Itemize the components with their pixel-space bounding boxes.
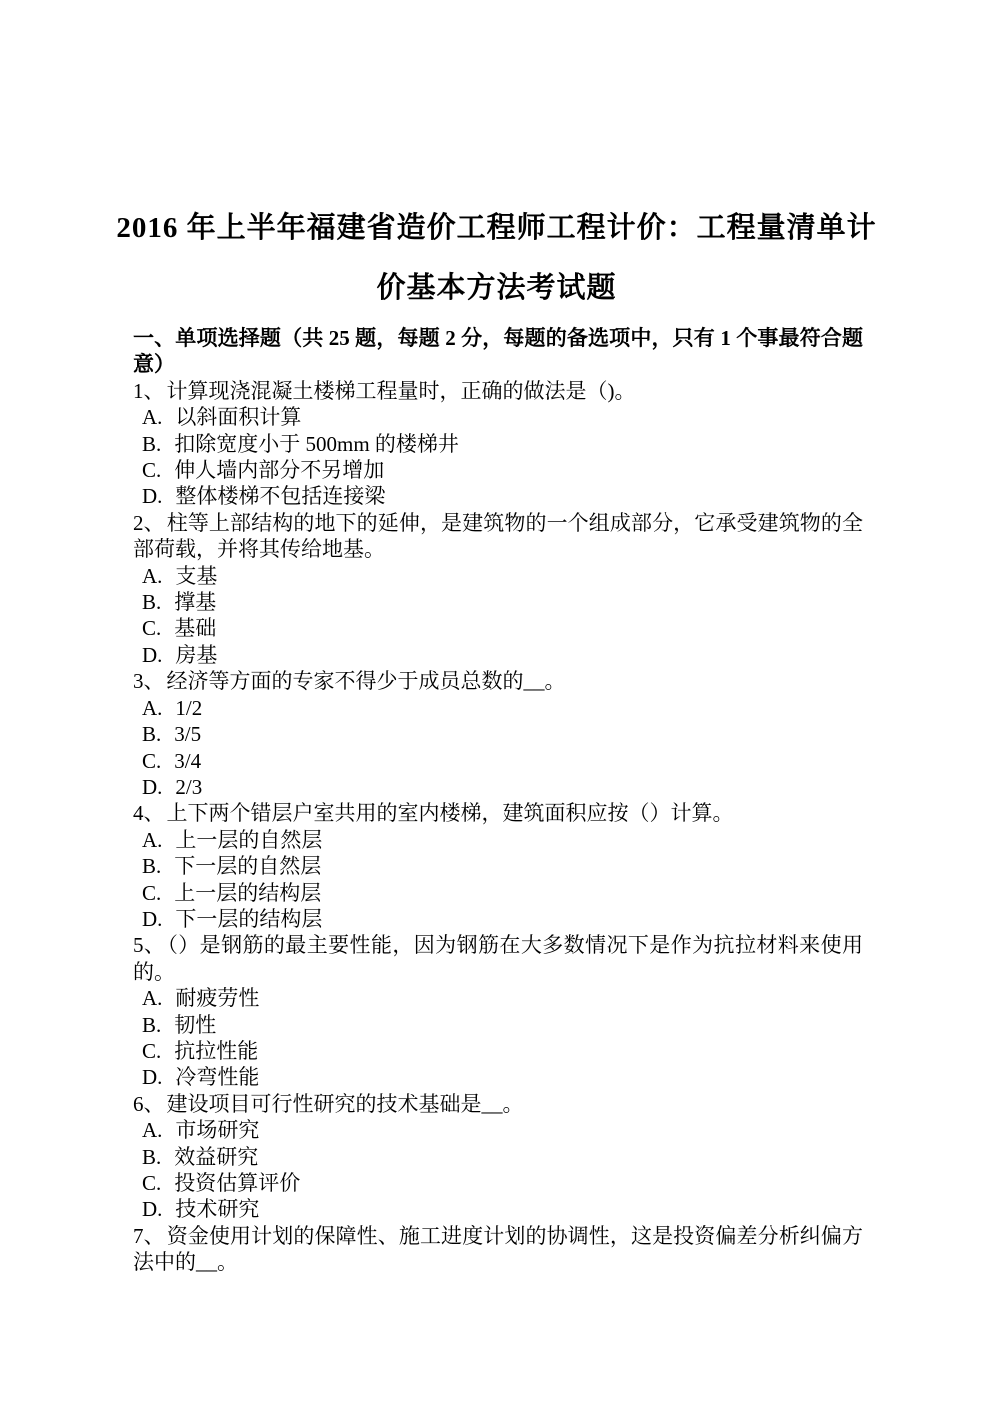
option-label: C. [142, 749, 161, 773]
question-option: A.上一层的自然层 [133, 827, 863, 853]
question-option: D.整体楼梯不包括连接梁 [133, 483, 863, 509]
option-text: 基础 [174, 616, 216, 640]
question-option: C.上一层的结构层 [133, 880, 863, 906]
option-text: 抗拉性能 [174, 1039, 258, 1063]
question-prompt: 资金使用计划的保障性、施工进度计划的协调性，这是投资偏差分析纠偏方法中的__。 [133, 1224, 863, 1274]
option-label: D. [142, 1197, 162, 1221]
option-text: 耐疲劳性 [175, 986, 259, 1010]
question-prompt: 计算现浇混凝土楼梯工程量时，正确的做法是（)。 [167, 379, 636, 403]
question-option: A.1/2 [133, 695, 863, 721]
option-label: C. [142, 1171, 161, 1195]
question-number: 7、 [133, 1224, 165, 1248]
option-text: 以斜面积计算 [175, 405, 301, 429]
option-label: B. [142, 854, 161, 878]
option-text: 整体楼梯不包括连接梁 [175, 484, 385, 508]
document-title: 2016 年上半年福建省造价工程师工程计价：工程量清单计 价基本方法考试题 [0, 198, 993, 318]
question-text: 2、柱等上部结构的地下的延伸，是建筑物的一个组成部分，它承受建筑物的全部荷载，并… [133, 510, 863, 563]
option-text: 技术研究 [175, 1197, 259, 1221]
question-number: 1、 [133, 379, 165, 403]
option-text: 上一层的自然层 [175, 828, 322, 852]
option-label: C. [142, 458, 161, 482]
option-text: 1/2 [175, 696, 202, 720]
option-text: 冷弯性能 [175, 1065, 259, 1089]
option-text: 房基 [175, 643, 217, 667]
option-label: B. [142, 590, 161, 614]
document-title-line2: 价基本方法考试题 [115, 258, 878, 318]
question-option: C.3/4 [133, 748, 863, 774]
question-text: 7、资金使用计划的保障性、施工进度计划的协调性，这是投资偏差分析纠偏方法中的__… [133, 1223, 863, 1276]
option-text: 下一层的自然层 [174, 854, 321, 878]
option-text: 下一层的结构层 [175, 907, 322, 931]
option-text: 扣除宽度小于 500mm 的楼梯井 [174, 432, 459, 456]
option-text: 市场研究 [175, 1118, 259, 1142]
option-label: B. [142, 722, 161, 746]
question-prompt: 建设项目可行性研究的技术基础是__。 [167, 1092, 524, 1116]
document-body: 一、单项选择题（共 25 题，每题 2 分，每题的备选项中，只有 1 个事最符合… [0, 325, 993, 1276]
option-label: C. [142, 881, 161, 905]
option-text: 效益研究 [174, 1145, 258, 1169]
option-text: 上一层的结构层 [174, 881, 321, 905]
question-number: 5、 [133, 933, 165, 957]
question-option: B.撑基 [133, 589, 863, 615]
question-number: 6、 [133, 1092, 165, 1116]
option-label: B. [142, 1145, 161, 1169]
question-option: D.房基 [133, 642, 863, 668]
option-text: 伸人墙内部分不另增加 [174, 458, 384, 482]
option-text: 2/3 [175, 775, 202, 799]
document-title-line1: 2016 年上半年福建省造价工程师工程计价：工程量清单计 [115, 198, 878, 258]
question-option: C.伸人墙内部分不另增加 [133, 457, 863, 483]
option-label: A. [142, 986, 162, 1010]
document-page: 2016 年上半年福建省造价工程师工程计价：工程量清单计 价基本方法考试题 一、… [0, 0, 993, 1404]
question-block: 5、（）是钢筋的最主要性能，因为钢筋在大多数情况下是作为抗拉材料来使用的。 A.… [133, 932, 863, 1090]
question-option: B.3/5 [133, 721, 863, 747]
question-prompt: 经济等方面的专家不得少于成员总数的__。 [167, 669, 566, 693]
question-text: 6、建设项目可行性研究的技术基础是__。 [133, 1091, 863, 1117]
option-text: 投资估算评价 [174, 1171, 300, 1195]
option-label: D. [142, 484, 162, 508]
question-prompt: 上下两个错层户室共用的室内楼梯，建筑面积应按（）计算。 [167, 801, 734, 825]
question-text: 5、（）是钢筋的最主要性能，因为钢筋在大多数情况下是作为抗拉材料来使用的。 [133, 932, 863, 985]
question-option: B.扣除宽度小于 500mm 的楼梯井 [133, 431, 863, 457]
question-number: 3、 [133, 669, 165, 693]
option-text: 支基 [175, 564, 217, 588]
option-label: A. [142, 696, 162, 720]
question-option: B.效益研究 [133, 1144, 863, 1170]
question-option: D.2/3 [133, 774, 863, 800]
question-prompt: （）是钢筋的最主要性能，因为钢筋在大多数情况下是作为抗拉材料来使用的。 [133, 933, 863, 983]
question-text: 1、计算现浇混凝土楼梯工程量时，正确的做法是（)。 [133, 378, 863, 404]
question-option: A.耐疲劳性 [133, 985, 863, 1011]
section-heading: 一、单项选择题（共 25 题，每题 2 分，每题的备选项中，只有 1 个事最符合… [133, 325, 863, 378]
question-text: 4、上下两个错层户室共用的室内楼梯，建筑面积应按（）计算。 [133, 800, 863, 826]
option-label: A. [142, 1118, 162, 1142]
option-text: 3/5 [174, 722, 201, 746]
option-label: C. [142, 1039, 161, 1063]
question-prompt: 柱等上部结构的地下的延伸，是建筑物的一个组成部分，它承受建筑物的全部荷载，并将其… [133, 511, 863, 561]
option-text: 撑基 [174, 590, 216, 614]
option-label: B. [142, 1013, 161, 1037]
question-block: 4、上下两个错层户室共用的室内楼梯，建筑面积应按（）计算。 A.上一层的自然层 … [133, 800, 863, 932]
question-option: B.下一层的自然层 [133, 853, 863, 879]
question-option: D.冷弯性能 [133, 1064, 863, 1090]
question-text: 3、经济等方面的专家不得少于成员总数的__。 [133, 668, 863, 694]
option-label: D. [142, 643, 162, 667]
question-list: 1、计算现浇混凝土楼梯工程量时，正确的做法是（)。 A.以斜面积计算 B.扣除宽… [133, 378, 863, 1276]
question-option: A.市场研究 [133, 1117, 863, 1143]
question-option: D.技术研究 [133, 1196, 863, 1222]
question-block: 7、资金使用计划的保障性、施工进度计划的协调性，这是投资偏差分析纠偏方法中的__… [133, 1223, 863, 1276]
question-option: C.投资估算评价 [133, 1170, 863, 1196]
question-number: 4、 [133, 801, 165, 825]
option-label: A. [142, 405, 162, 429]
option-text: 韧性 [174, 1013, 216, 1037]
question-option: C.基础 [133, 615, 863, 641]
question-block: 2、柱等上部结构的地下的延伸，是建筑物的一个组成部分，它承受建筑物的全部荷载，并… [133, 510, 863, 668]
question-block: 3、经济等方面的专家不得少于成员总数的__。 A.1/2 B.3/5 C.3/4… [133, 668, 863, 800]
question-option: C.抗拉性能 [133, 1038, 863, 1064]
option-label: D. [142, 775, 162, 799]
option-label: D. [142, 907, 162, 931]
option-label: A. [142, 564, 162, 588]
option-label: B. [142, 432, 161, 456]
question-option: B.韧性 [133, 1012, 863, 1038]
option-label: A. [142, 828, 162, 852]
option-label: D. [142, 1065, 162, 1089]
question-option: A.以斜面积计算 [133, 404, 863, 430]
question-block: 6、建设项目可行性研究的技术基础是__。 A.市场研究 B.效益研究 C.投资估… [133, 1091, 863, 1223]
option-text: 3/4 [174, 749, 201, 773]
option-label: C. [142, 616, 161, 640]
question-option: D.下一层的结构层 [133, 906, 863, 932]
question-block: 1、计算现浇混凝土楼梯工程量时，正确的做法是（)。 A.以斜面积计算 B.扣除宽… [133, 378, 863, 510]
question-number: 2、 [133, 511, 165, 535]
question-option: A.支基 [133, 563, 863, 589]
